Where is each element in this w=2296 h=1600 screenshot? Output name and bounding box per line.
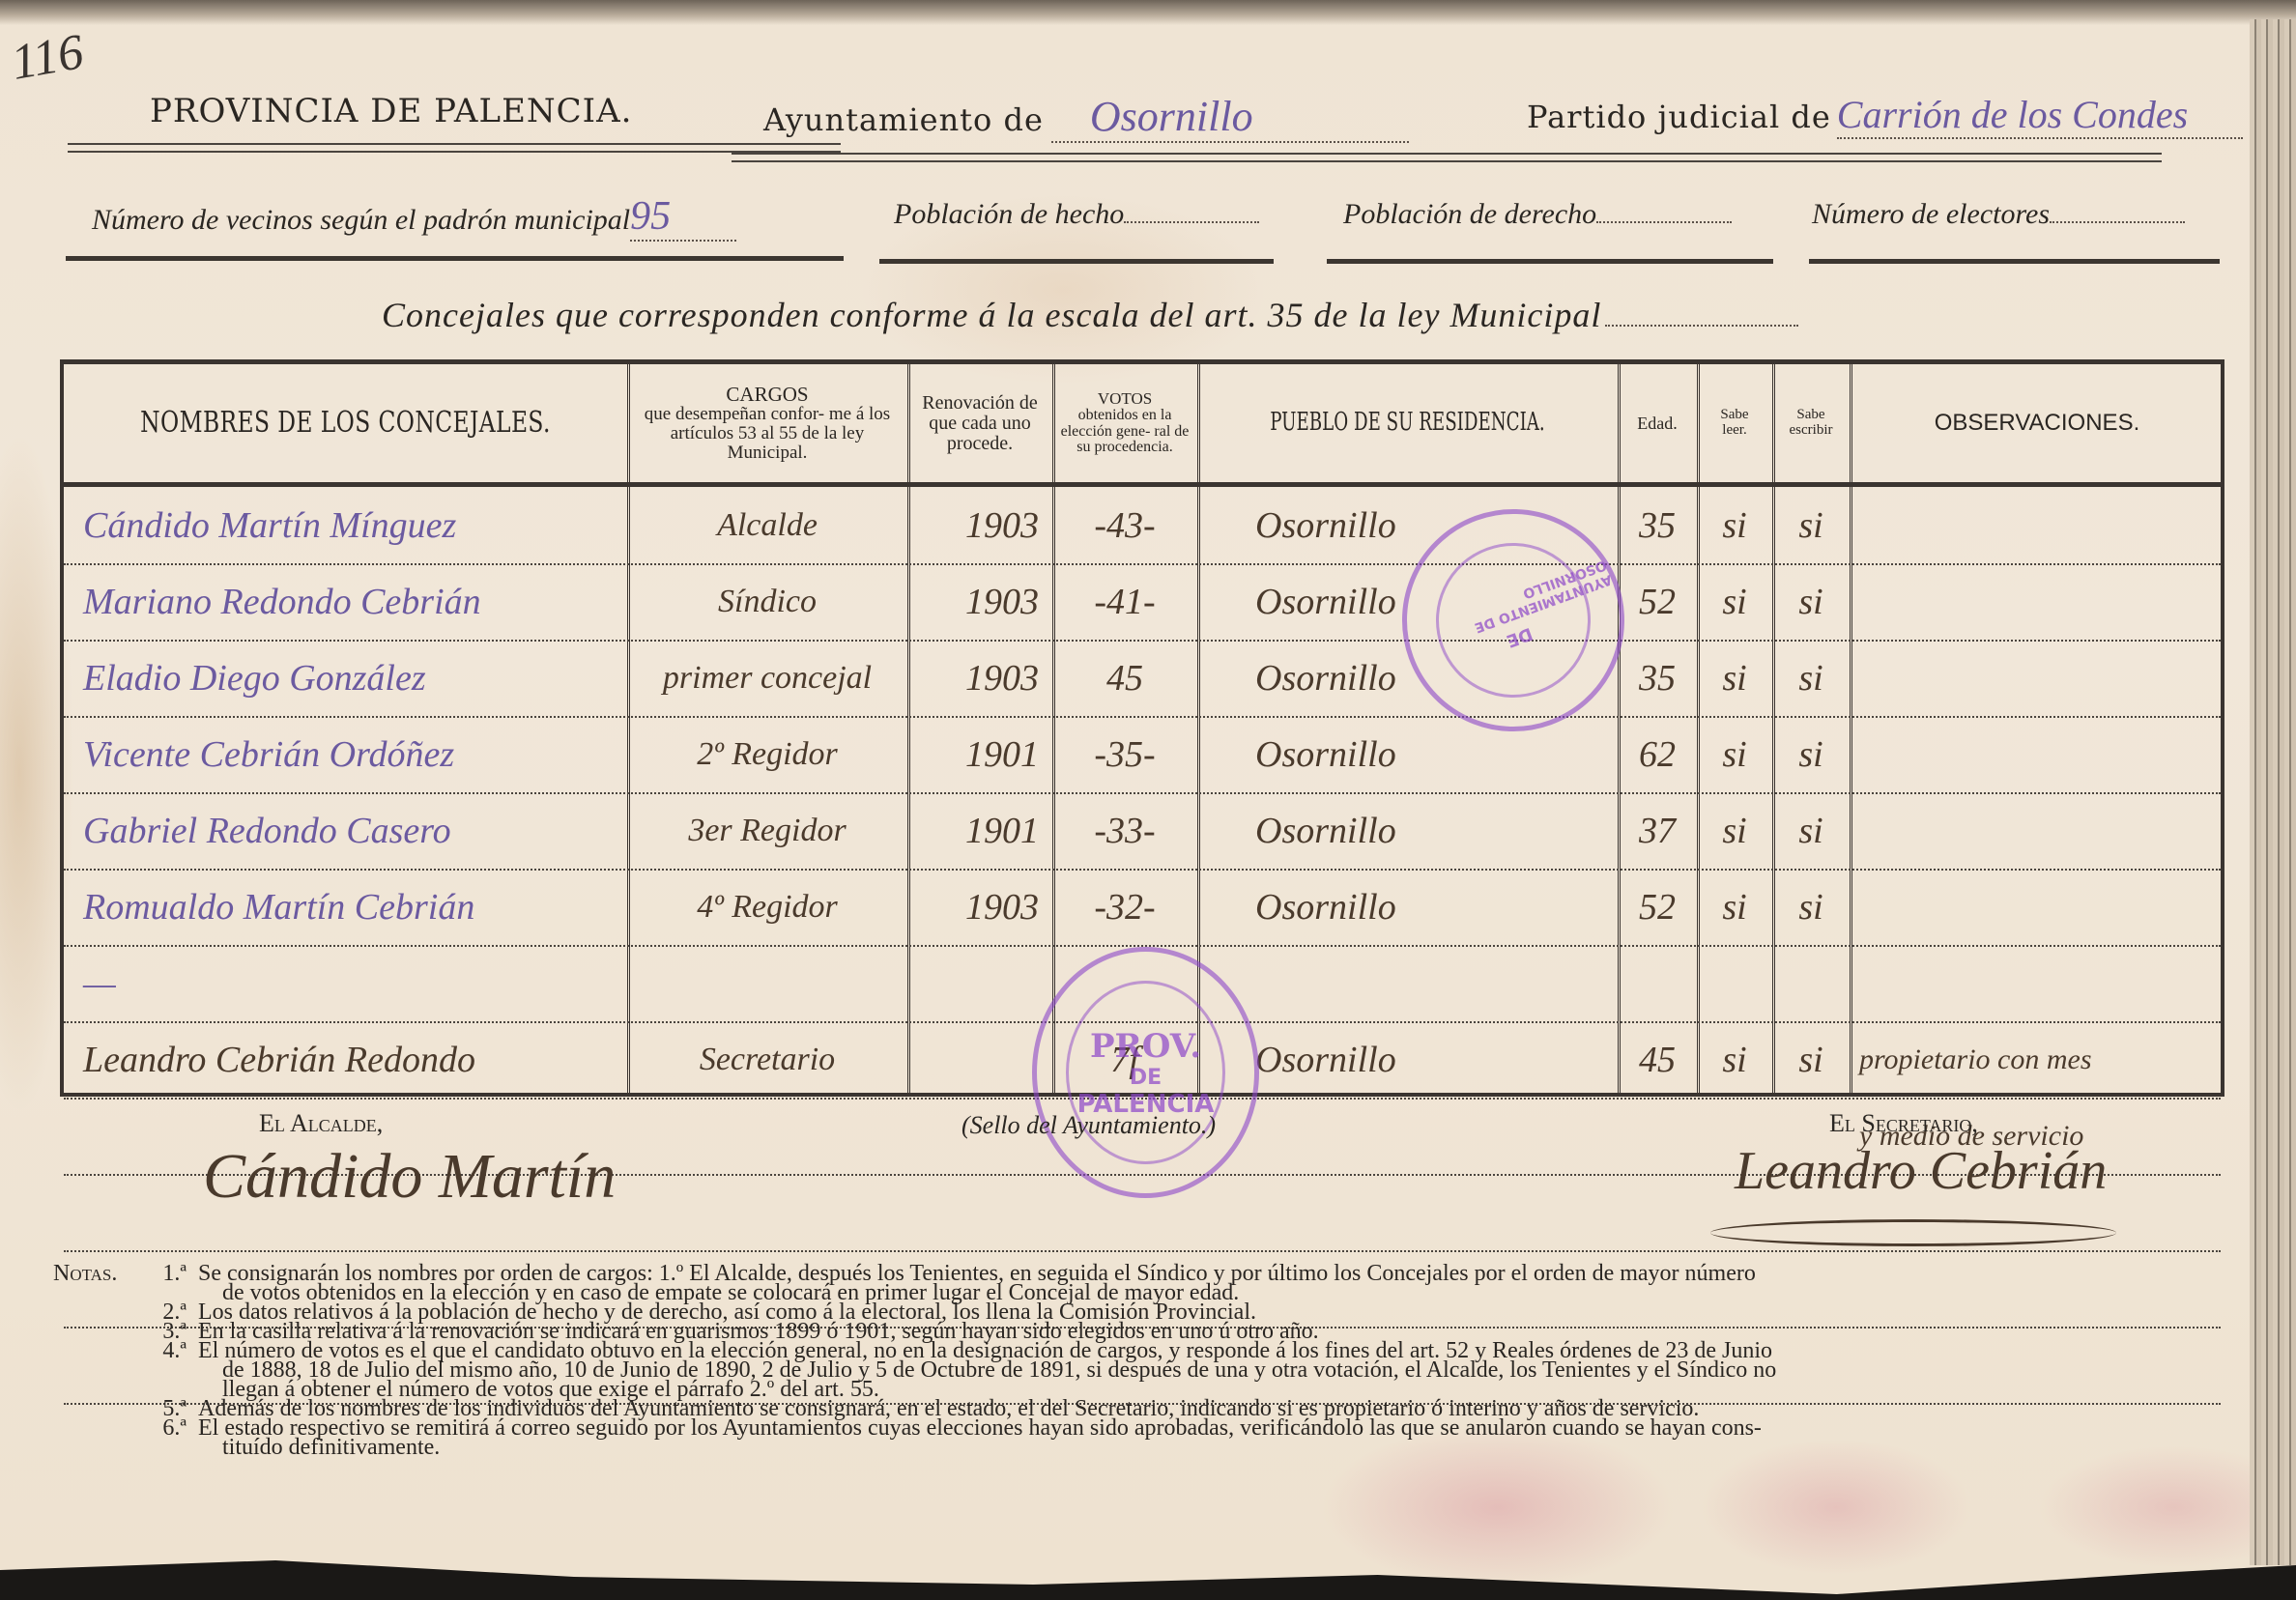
cell-obs [1850, 487, 2224, 563]
cell-obs [1850, 563, 2224, 640]
notes-section: Notas.1.ªSe consignarán los nombres por … [53, 1264, 2247, 1457]
cell-escribir: si [1772, 792, 1850, 869]
poblacion-hecho-value [1124, 221, 1259, 223]
note-number: 4.ª [129, 1341, 198, 1360]
th-pueblo: PUEBLO DE SU RESIDENCIA. [1260, 364, 1555, 482]
cell-cargo: Síndico [627, 563, 907, 640]
cell-pueblo: Osornillo [1197, 792, 1618, 869]
cell-pueblo: Osornillo [1197, 716, 1618, 792]
cell-renovacion [907, 1174, 1052, 1250]
cell-pueblo [1197, 1098, 1618, 1174]
poblacion-derecho-value [1596, 221, 1732, 223]
th-votos-sub: obtenidos en la elección gene- ral de su… [1058, 408, 1191, 456]
th-sabe-escribir: Sabe escribir [1772, 364, 1850, 482]
cell-leer: si [1697, 792, 1772, 869]
cell-leer [1697, 945, 1772, 1021]
concejales-caption-text: Concejales que corresponden conforme á l… [382, 295, 1601, 335]
electores-value [2050, 221, 2185, 223]
poblacion-hecho-label: Población de hecho [894, 198, 1124, 231]
cell-votos: -32- [1052, 869, 1197, 945]
cell-pueblo [1197, 945, 1618, 1021]
cell-escribir [1772, 945, 1850, 1021]
notes-label [53, 1341, 129, 1360]
divider [879, 259, 1274, 264]
vecinos-value: 95 [630, 193, 736, 242]
cell-renovacion [907, 1021, 1052, 1098]
partido-label: Partido judicial de [1527, 99, 1831, 135]
cell-escribir: si [1772, 640, 1850, 716]
table-row: Vicente Cebrián Ordóñez2º Regidor1901-35… [64, 716, 2221, 794]
cell-pueblo: Osornillo [1197, 869, 1618, 945]
cell-obs [1850, 716, 2224, 792]
th-cargos-title: CARGOS [726, 384, 808, 405]
provincia-title: PROVINCIA DE PALENCIA. [150, 92, 632, 130]
caption-dots [1605, 325, 1798, 327]
cell-votos: 45 [1052, 640, 1197, 716]
cell-renovacion: 1903 [907, 563, 1052, 640]
cell-obs [1850, 640, 2224, 716]
ayuntamiento-label: Ayuntamiento de [763, 101, 1044, 138]
cell-cargo [627, 1098, 907, 1174]
cell-escribir: si [1772, 1021, 1850, 1098]
cell-edad: 35 [1618, 487, 1697, 563]
electores-label: Número de electores [1812, 198, 2050, 231]
table-row: Gabriel Redondo Casero3er Regidor1901-33… [64, 792, 2221, 871]
ayuntamiento-field: Ayuntamiento de Osornillo [763, 92, 1409, 143]
cell-nombre: Gabriel Redondo Casero [64, 792, 627, 869]
note-number: 6.ª [129, 1418, 198, 1438]
cell-renovacion: 1901 [907, 792, 1052, 869]
cell-obs [1850, 792, 2224, 869]
cell-cargo: 3er Regidor [627, 792, 907, 869]
cell-escribir: si [1772, 563, 1850, 640]
divider [1809, 259, 2220, 264]
notes-label: Notas. [53, 1264, 129, 1283]
cell-nombre: Leandro Cebrián Redondo [64, 1021, 627, 1098]
signature-flourish [1710, 1219, 2116, 1246]
notes-label [53, 1302, 129, 1322]
note-item: 6.ªEl estado respectivo se remitirá á co… [53, 1418, 2247, 1457]
poblacion-derecho-label: Población de derecho [1343, 198, 1596, 231]
cell-edad [1618, 945, 1697, 1021]
cell-pueblo [1197, 1174, 1618, 1250]
cell-cargo [627, 1174, 907, 1250]
cell-edad: 35 [1618, 640, 1697, 716]
vecinos-field: Número de vecinos según el padrón munici… [92, 193, 736, 242]
cell-obs [1850, 945, 2224, 1021]
th-votos-title: VOTOS [1098, 390, 1152, 408]
cell-leer: si [1697, 716, 1772, 792]
divider [1456, 153, 2162, 162]
cell-cargo: 2º Regidor [627, 716, 907, 792]
partido-value: Carrión de los Condes [1837, 92, 2243, 139]
cell-renovacion: 1903 [907, 640, 1052, 716]
cell-cargo: primer concejal [627, 640, 907, 716]
note-item: 4.ªEl número de votos es el que el candi… [53, 1341, 2247, 1399]
note-number: 1.ª [129, 1264, 198, 1283]
cell-leer: si [1697, 869, 1772, 945]
cell-cargo [627, 945, 907, 1021]
table-row: Romualdo Martín Cebrián4º Regidor1903-32… [64, 869, 2221, 947]
table-row: Eladio Diego Gonzálezprimer concejal1903… [64, 640, 2221, 718]
poblacion-derecho-field: Población de derecho [1343, 198, 1732, 231]
note-continuation: tituído definitivamente. [53, 1438, 2247, 1457]
sello-label: (Sello del Ayuntamiento.) [961, 1111, 1216, 1140]
divider [1327, 259, 1773, 264]
divider [68, 143, 841, 153]
cell-votos: -33- [1052, 792, 1197, 869]
concejales-caption: Concejales que corresponden conforme á l… [382, 295, 1798, 335]
th-nombres: NOMBRES DE LOS CONCEJALES. [126, 364, 565, 482]
notes-label [53, 1322, 129, 1341]
cell-nombre: — [64, 945, 627, 1021]
partido-field: Partido judicial de Carrión de los Conde… [1527, 92, 2243, 139]
divider [66, 256, 844, 261]
secretario-signature: Leandro Cebrián [1735, 1140, 2107, 1202]
cell-leer: si [1697, 487, 1772, 563]
cell-edad [1618, 1098, 1697, 1174]
document-page: 116 PROVINCIA DE PALENCIA. Ayuntamiento … [0, 0, 2296, 1600]
cell-renovacion: 1903 [907, 487, 1052, 563]
cell-escribir: si [1772, 487, 1850, 563]
cell-renovacion [907, 945, 1052, 1021]
cell-escribir: si [1772, 716, 1850, 792]
cell-edad: 52 [1618, 869, 1697, 945]
cell-obs: propietario con mes [1850, 1021, 2224, 1098]
cell-edad [1618, 1174, 1697, 1250]
table-row: Cándido Martín MínguezAlcalde1903-43-Oso… [64, 487, 2221, 565]
cell-edad: 37 [1618, 792, 1697, 869]
note-item: Notas.1.ªSe consignarán los nombres por … [53, 1264, 2247, 1302]
notes-label [53, 1418, 129, 1438]
th-votos: VOTOS obtenidos en la elección gene- ral… [1052, 364, 1197, 482]
th-cargos: CARGOS que desempeñan confor- me á los a… [627, 364, 907, 482]
cell-cargo: Alcalde [627, 487, 907, 563]
cell-votos: -35- [1052, 716, 1197, 792]
th-observaciones: OBSERVACIONES. [1850, 364, 2224, 482]
cell-escribir: si [1772, 869, 1850, 945]
cell-leer: si [1697, 1021, 1772, 1098]
cell-obs [1850, 869, 2224, 945]
cell-leer: si [1697, 640, 1772, 716]
cell-nombre: Eladio Diego González [64, 640, 627, 716]
cell-cargo: 4º Regidor [627, 869, 907, 945]
th-edad: Edad. [1618, 364, 1697, 482]
divider [732, 153, 1462, 162]
cell-edad: 52 [1618, 563, 1697, 640]
cell-renovacion: 1901 [907, 716, 1052, 792]
book-page-edges [2250, 19, 2296, 1565]
cell-renovacion: 1903 [907, 869, 1052, 945]
cell-nombre: Vicente Cebrián Ordóñez [64, 716, 627, 792]
cell-nombre: Romualdo Martín Cebrián [64, 869, 627, 945]
page-top-shadow [0, 0, 2296, 25]
seal-stamp: PROV. DE PALENCIA [1032, 947, 1259, 1198]
poblacion-hecho-field: Población de hecho [894, 198, 1259, 231]
secretario-label: El Secretario, [1829, 1109, 1978, 1138]
alcalde-signature: Cándido Martín [203, 1140, 616, 1214]
th-sabe-leer: Sabe leer. [1697, 364, 1772, 482]
electores-field: Número de electores [1812, 198, 2185, 231]
ayuntamiento-value: Osornillo [1051, 92, 1409, 143]
cell-nombre: Mariano Redondo Cebrián [64, 563, 627, 640]
folio-number: 116 [7, 23, 87, 92]
th-cargos-sub: que desempeñan confor- me á los artículo… [627, 405, 907, 463]
cell-edad: 45 [1618, 1021, 1697, 1098]
vecinos-label: Número de vecinos según el padrón munici… [92, 204, 630, 237]
cell-edad: 62 [1618, 716, 1697, 792]
cell-nombre: Cándido Martín Mínguez [64, 487, 627, 563]
alcalde-label: El Alcalde, [259, 1109, 383, 1138]
table-row: Mariano Redondo CebriánSíndico1903-41-Os… [64, 563, 2221, 642]
cell-pueblo: Osornillo [1197, 1021, 1618, 1098]
cell-votos: -43- [1052, 487, 1197, 563]
cell-votos: -41- [1052, 563, 1197, 640]
cell-cargo: Secretario [627, 1021, 907, 1098]
th-renovacion: Renovación de que cada uno procede. [907, 364, 1052, 482]
cell-leer: si [1697, 563, 1772, 640]
notes-label [53, 1399, 129, 1418]
